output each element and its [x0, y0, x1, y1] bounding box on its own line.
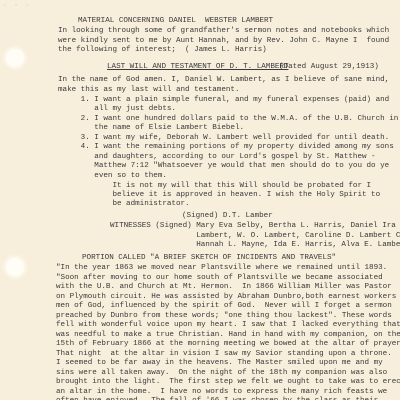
- sketch-line: with the U.B. and Church at Mt. Hermon. …: [56, 283, 392, 293]
- will-item-4: 4. I want the remaining portions of my p…: [58, 143, 394, 153]
- document-title: MATERIAL CONCERNING DANIEL WEBSTER LAMBE…: [78, 17, 273, 27]
- sketch-line: "In the year 1863 we moved near Plantsvi…: [56, 264, 387, 274]
- will-line: Matthew 7:12 "Whatsoever ye would that m…: [58, 162, 389, 172]
- punch-hole-bottom: [6, 258, 24, 276]
- will-heading: LAST WILL AND TESTAMENT OF D. T. LAMBERT: [107, 63, 288, 73]
- sketch-line: I seemed to be far away in the heavens. …: [56, 359, 383, 369]
- sketch-heading: PORTION CALLED "A BRIEF SKETCH OF INCIDE…: [82, 254, 336, 264]
- will-date: (Dated August 29,1913): [279, 63, 379, 73]
- sketch-line: brought into the light. The first step w…: [56, 378, 400, 388]
- document-page: · · · MATERIAL CONCERNING DANIEL WEBSTER…: [0, 0, 400, 400]
- scan-marks: · · ·: [3, 2, 31, 9]
- will-line: all my just debts.: [58, 105, 176, 115]
- sketch-line: men of God, influenced by the spirit of …: [56, 302, 392, 312]
- will-signature: (Signed) D.T. Lamber: [182, 212, 273, 222]
- witnesses-line: Hannah L. Mayne, Ida E. Harris, Alva E. …: [110, 241, 400, 251]
- intro-line: In looking through some of grandfather's…: [58, 27, 389, 37]
- will-line: In the name of God amen. I, Daniel W. La…: [58, 76, 389, 86]
- will-line: the name of Elsie Lambert Biebel.: [58, 124, 244, 134]
- witnesses-line: WITNESSES (Signed) Mary Eva Selby, Berth…: [110, 222, 396, 232]
- intro-line: the following of interest; ( James L. Ha…: [58, 46, 267, 56]
- will-line: even so to them.: [58, 172, 167, 182]
- will-line: be administrator.: [58, 200, 190, 210]
- will-line: make this as my last will and testament.: [58, 86, 239, 96]
- sketch-line: 15th of February 1866 at the morning mee…: [56, 340, 400, 350]
- sketch-line: fell with wonderful voice upon my heart.…: [56, 321, 400, 331]
- punch-hole-top: [6, 49, 24, 67]
